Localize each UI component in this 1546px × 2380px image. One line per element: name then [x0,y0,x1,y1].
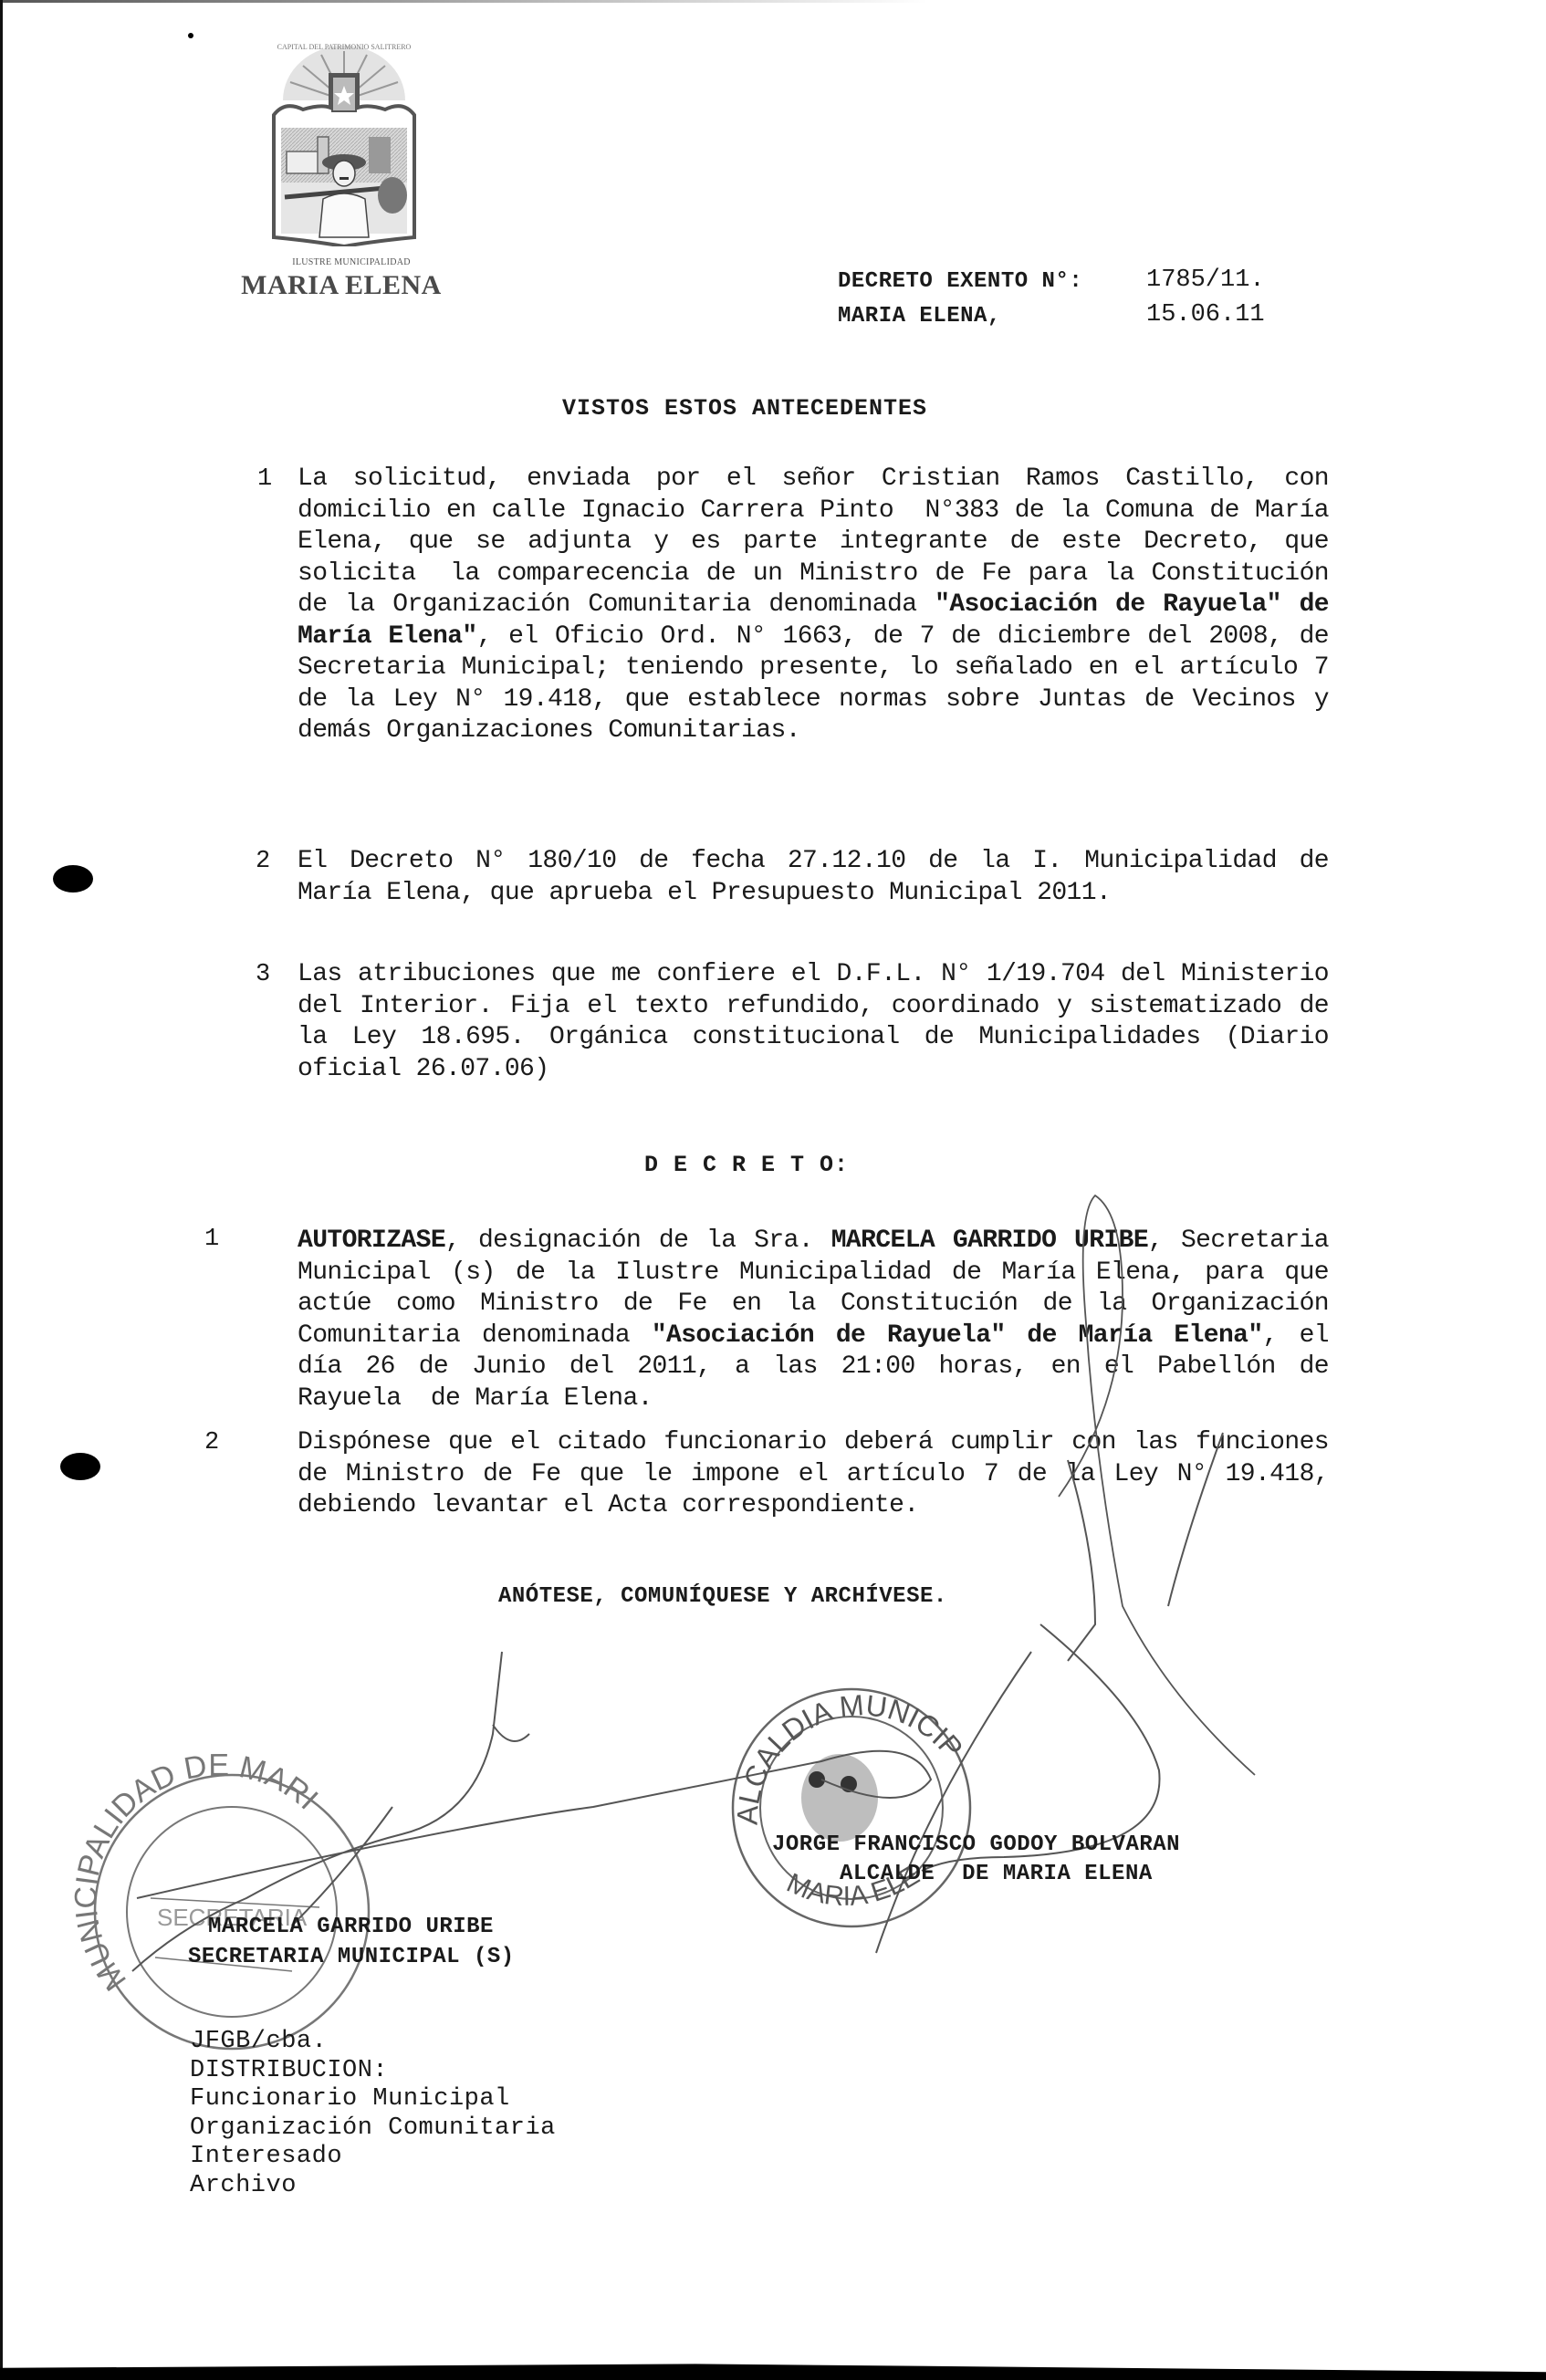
distribution-item: Interesado [190,2143,556,2172]
decree-document-page: CAPITAL DEL PATRIMONIO SALITRERO ILUSTRE… [0,0,1546,2380]
decree-number-label: DECRETO EXENTO N°: [838,269,1082,294]
distribution-label: DISTRIBUCION: [190,2057,556,2086]
decreto-heading: D E C R E T O: [644,1152,849,1178]
decreto-item-number: 2 [204,1429,219,1456]
scan-speck [188,33,193,38]
mayor-title: ALCALDE DE MARIA ELENA [840,1862,1153,1886]
footer-block: JFGB/cba. DISTRIBUCION: Funcionario Muni… [190,2028,556,2200]
vistos-item-number: 3 [256,961,270,988]
secretary-title: SECRETARIA MUNICIPAL (S) [188,1945,515,1969]
decreto-item-2-text: Dispónese que el citado funcionario debe… [298,1427,1329,1522]
institution-name: MARIA ELENA [241,270,442,301]
mayor-stamp [733,1689,970,1926]
vistos-heading: VISTOS ESTOS ANTECEDENTES [562,395,927,422]
svg-text:ALCALDIA MUNICIPAL: ALCALDIA MUNICIPAL [0,0,968,1825]
secretary-name: MARCELA GARRIDO URIBE [208,1915,494,1939]
decreto-item-number: 1 [204,1226,219,1253]
scan-edge-bottom [0,2360,1546,2380]
distribution-item: Funcionario Municipal [190,2085,556,2114]
decree-number: 1785/11. [1146,266,1265,294]
scan-edge-top [0,0,1546,3]
vistos-item-2-text: El Decreto N° 180/10 de fecha 27.12.10 d… [298,846,1329,909]
svg-text:CAPITAL DEL PATRIMONIO SALITRE: CAPITAL DEL PATRIMONIO SALITRERO [277,43,412,51]
scan-edge-left [0,0,3,2380]
reference-initials: JFGB/cba. [190,2028,556,2057]
vistos-item-1-text: La solicitud, enviada por el señor Crist… [298,464,1329,747]
mayor-name: JORGE FRANCISCO GODOY BOLVARAN [772,1832,1180,1857]
vistos-item-3-text: Las atribuciones que me confiere el D.F.… [298,959,1329,1085]
vistos-item-number: 1 [257,465,272,493]
closing-formula: ANÓTESE, COMUNÍQUESE Y ARCHÍVESE. [498,1584,947,1609]
decreto-item-1-text: AUTORIZASE, designación de la Sra. MARCE… [298,1226,1329,1414]
municipal-coat-of-arms-icon: CAPITAL DEL PATRIMONIO SALITRERO [266,35,422,246]
institution-subtitle: ILUSTRE MUNICIPALIDAD [265,257,438,267]
secretary-stamp [95,1775,369,2049]
punch-hole-lower [60,1453,100,1480]
vistos-item-number: 2 [256,848,270,875]
mayor-stamp-bottom-text: MARIA ELENA [0,0,924,1912]
stamps-and-signatures: ALCALDIA MUNICIPAL MARIA ELENA MUNICIPAL… [0,0,1546,2380]
punch-hole-upper [53,865,93,892]
decree-date: 15.06.11 [1146,301,1265,329]
distribution-item: Organización Comunitaria [190,2114,556,2144]
mayor-stamp-top-text: ALCALDIA MUNICIPAL [0,0,968,1825]
distribution-item: Archivo [190,2172,556,2201]
svg-text:MARIA ELENA: MARIA ELENA [0,0,924,1912]
place-label: MARIA ELENA, [838,304,1001,329]
